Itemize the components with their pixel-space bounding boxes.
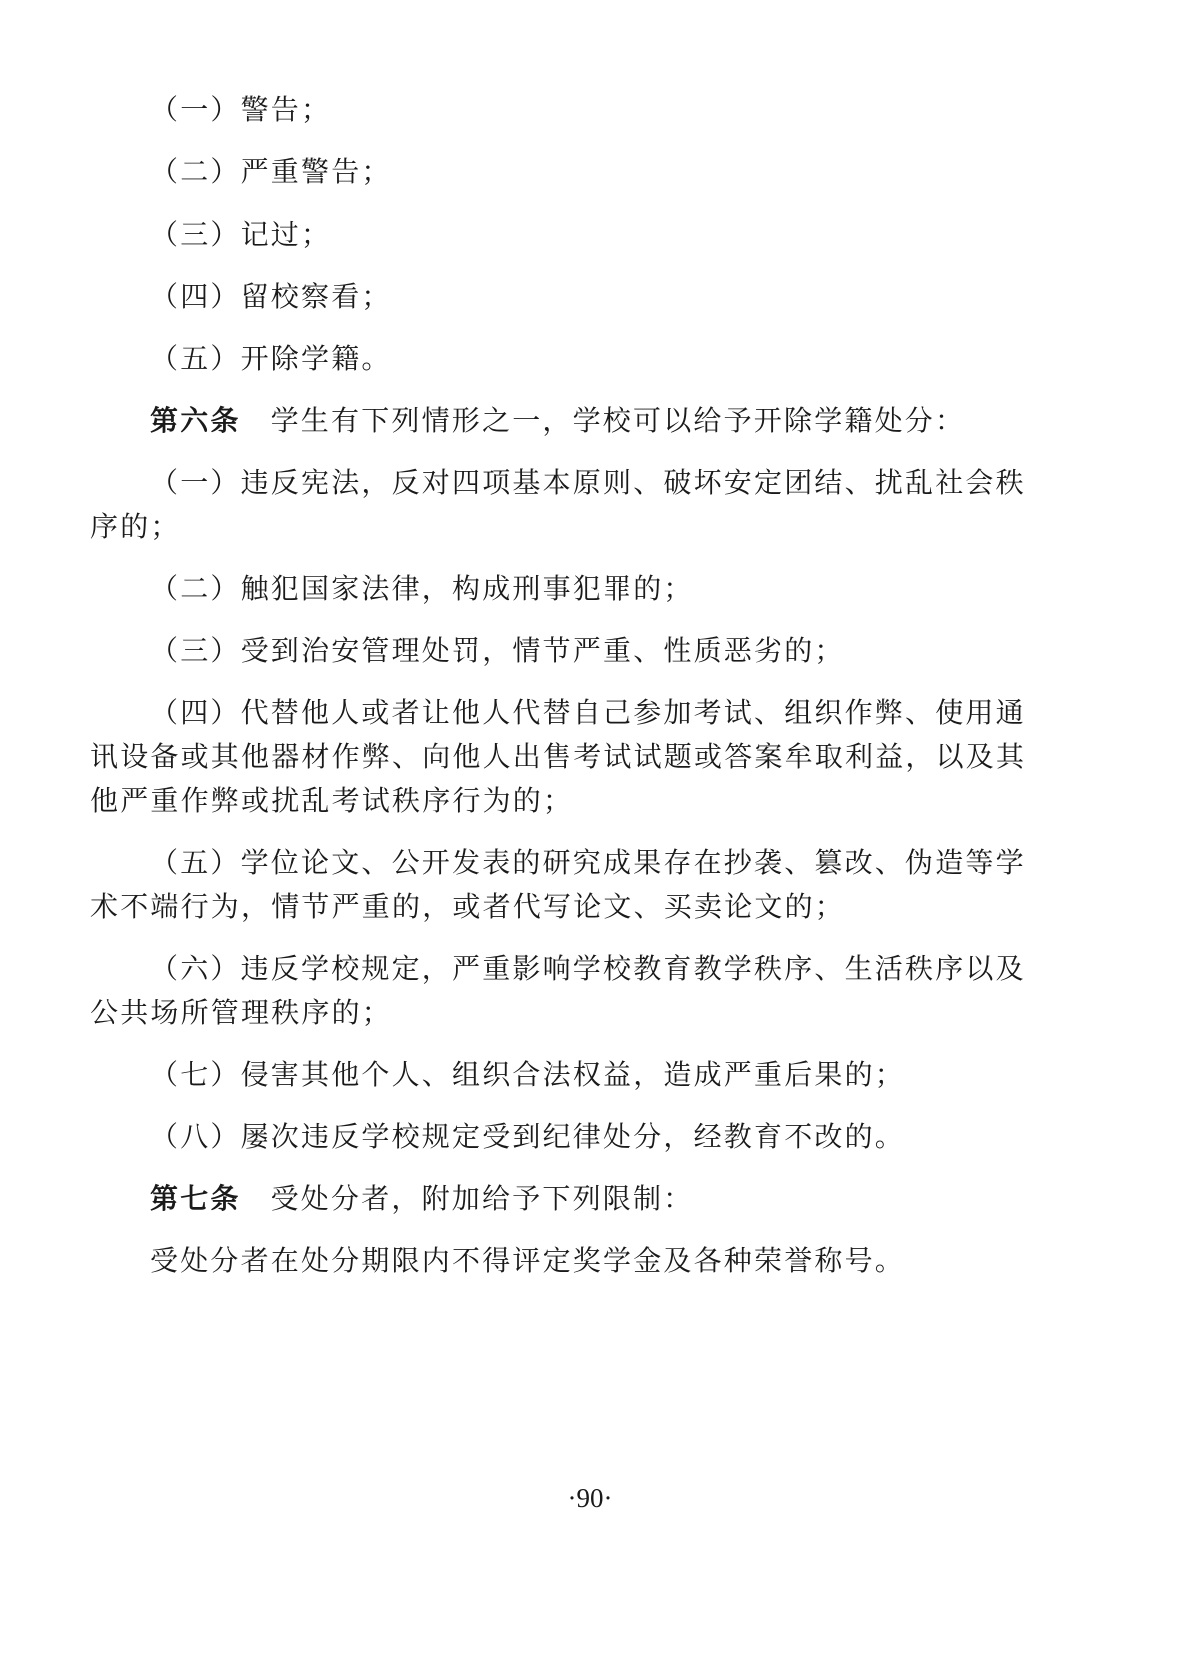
article-7-body: 受处分者在处分期限内不得评定奖学金及各种荣誉称号。: [150, 1244, 905, 1278]
item-label: （五）: [150, 846, 241, 880]
item-text: 受到治安管理处罚，情节严重、性质恶劣的；: [241, 634, 845, 667]
item-text: 侵害其他个人、组织合法权益，造成严重后果的；: [241, 1058, 905, 1091]
article-6-item-1-cont: 序的；: [90, 510, 181, 544]
page-number: ·90·: [0, 1483, 1180, 1514]
item-text: 严重警告；: [241, 155, 392, 188]
article-6-item-4-cont: 他严重作弊或扰乱考试秩序行为的；: [90, 784, 573, 818]
item-label: （八）: [150, 1120, 241, 1154]
item-text: 学位论文、公开发表的研究成果存在抄袭、篡改、伪造等学: [241, 846, 1026, 879]
item-text: 公共场所管理秩序的；: [90, 996, 392, 1029]
article-7-intro: 第七条受处分者，附加给予下列限制：: [150, 1182, 693, 1216]
item-text: 序的；: [90, 510, 181, 543]
item-label: （二）: [150, 572, 241, 606]
item-text: 警告；: [241, 93, 332, 126]
item-label: （一）: [150, 93, 241, 127]
item-label: （三）: [150, 218, 241, 252]
article-heading: 第六条: [150, 404, 241, 437]
item-text: 屡次违反学校规定受到纪律处分，经教育不改的。: [241, 1120, 905, 1153]
article-6-item-8: （八）屡次违反学校规定受到纪律处分，经教育不改的。: [150, 1120, 905, 1154]
penalty-item: （三）记过；: [150, 218, 331, 252]
item-text: 术不端行为，情节严重的，或者代写论文、买卖论文的；: [90, 890, 845, 923]
penalty-item: （四）留校察看；: [150, 280, 392, 314]
item-text: 他严重作弊或扰乱考试秩序行为的；: [90, 784, 573, 817]
document-page: （一）警告； （二）严重警告； （三）记过； （四）留校察看； （五）开除学籍。…: [0, 0, 1190, 1670]
article-6-item-2: （二）触犯国家法律，构成刑事犯罪的；: [150, 572, 694, 606]
article-text: 学生有下列情形之一，学校可以给予开除学籍处分：: [271, 404, 966, 437]
article-6-item-4: （四）代替他人或者让他人代替自己参加考试、组织作弊、使用通: [150, 696, 1026, 730]
article-6-item-5: （五）学位论文、公开发表的研究成果存在抄袭、篡改、伪造等学: [150, 846, 1026, 880]
article-6-intro: 第六条学生有下列情形之一，学校可以给予开除学籍处分：: [150, 404, 965, 438]
item-label: （二）: [150, 155, 241, 189]
item-label: （一）: [150, 466, 241, 500]
item-text: 留校察看；: [241, 280, 392, 313]
item-label: （四）: [150, 280, 241, 314]
item-label: （七）: [150, 1058, 241, 1092]
article-6-item-6-cont: 公共场所管理秩序的；: [90, 996, 392, 1030]
article-6-item-6: （六）违反学校规定，严重影响学校教育教学秩序、生活秩序以及: [150, 952, 1026, 986]
item-label: （四）: [150, 696, 241, 730]
item-label: （六）: [150, 952, 241, 986]
item-text: 触犯国家法律，构成刑事犯罪的；: [241, 572, 694, 605]
item-text: 代替他人或者让他人代替自己参加考试、组织作弊、使用通: [241, 696, 1026, 729]
item-text: 讯设备或其他器材作弊、向他人出售考试试题或答案牟取利益，以及其: [90, 740, 1026, 773]
penalty-item: （五）开除学籍。: [150, 342, 392, 376]
penalty-item: （二）严重警告；: [150, 155, 392, 189]
item-label: （五）: [150, 342, 241, 376]
item-text: 开除学籍。: [241, 342, 392, 375]
item-text: 违反学校规定，严重影响学校教育教学秩序、生活秩序以及: [241, 952, 1026, 985]
item-text: 记过；: [241, 218, 332, 251]
article-6-item-5-cont: 术不端行为，情节严重的，或者代写论文、买卖论文的；: [90, 890, 845, 924]
article-body-text: 受处分者在处分期限内不得评定奖学金及各种荣誉称号。: [150, 1244, 905, 1277]
article-text: 受处分者，附加给予下列限制：: [271, 1182, 694, 1215]
article-6-item-4-cont: 讯设备或其他器材作弊、向他人出售考试试题或答案牟取利益，以及其: [90, 740, 1026, 774]
item-text: 违反宪法，反对四项基本原则、破坏安定团结、扰乱社会秩: [241, 466, 1026, 499]
article-heading: 第七条: [150, 1182, 241, 1215]
penalty-item: （一）警告；: [150, 93, 331, 127]
article-6-item-3: （三）受到治安管理处罚，情节严重、性质恶劣的；: [150, 634, 845, 668]
item-label: （三）: [150, 634, 241, 668]
article-6-item-1: （一）违反宪法，反对四项基本原则、破坏安定团结、扰乱社会秩: [150, 466, 1026, 500]
article-6-item-7: （七）侵害其他个人、组织合法权益，造成严重后果的；: [150, 1058, 905, 1092]
